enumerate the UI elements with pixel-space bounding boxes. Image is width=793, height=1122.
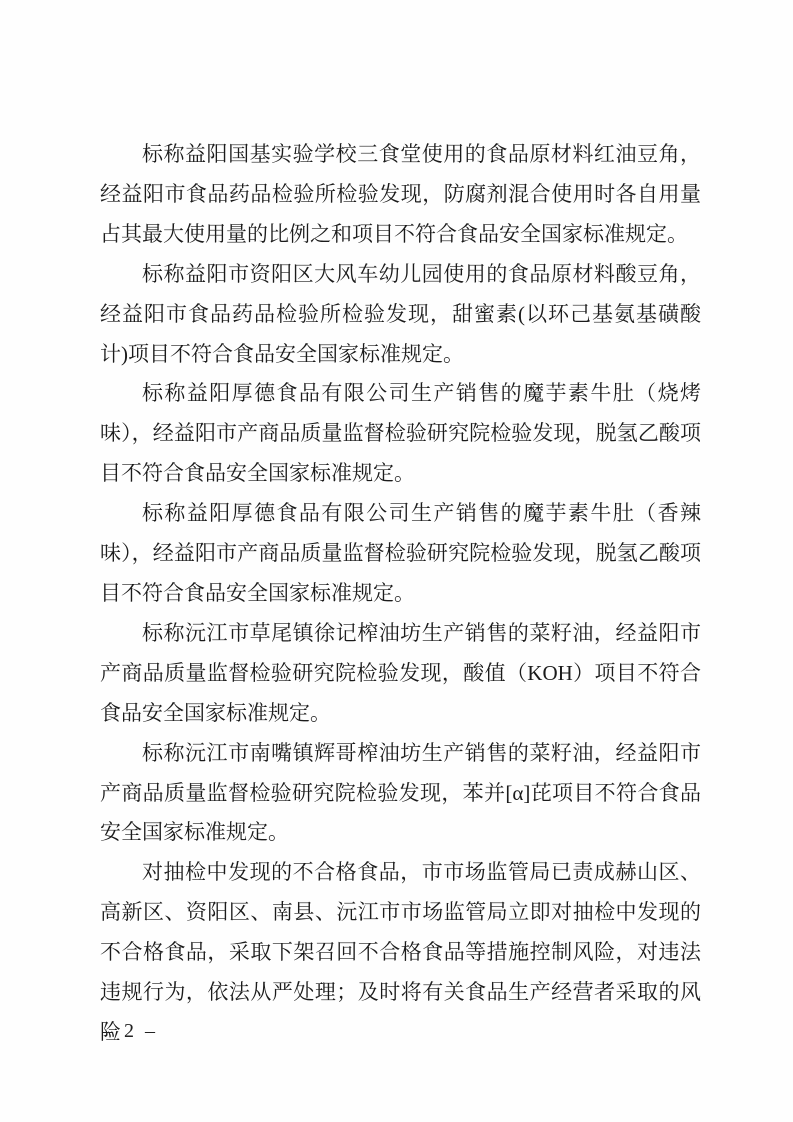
paragraph-3: 标称益阳厚德食品有限公司生产销售的魔芋素牛肚（烧烤味），经益阳市产商品质量监督检… xyxy=(100,374,701,494)
paragraph-5: 标称沅江市草尾镇徐记榨油坊生产销售的菜籽油，经益阳市产商品质量监督检验研究院检验… xyxy=(100,614,701,734)
document-body: 标称益阳国基实验学校三食堂使用的食品原材料红油豆角，经益阳市食品药品检验所检验发… xyxy=(100,135,701,1053)
page-number: – 2 – xyxy=(103,1019,158,1043)
paragraph-6: 标称沅江市南嘴镇辉哥榨油坊生产销售的菜籽油，经益阳市产商品质量监督检验研究院检验… xyxy=(100,734,701,854)
paragraph-4: 标称益阳厚德食品有限公司生产销售的魔芋素牛肚（香辣味），经益阳市产商品质量监督检… xyxy=(100,494,701,614)
paragraph-1: 标称益阳国基实验学校三食堂使用的食品原材料红油豆角，经益阳市食品药品检验所检验发… xyxy=(100,135,701,255)
paragraph-7: 对抽检中发现的不合格食品，市市场监管局已责成赫山区、高新区、资阳区、南县、沅江市… xyxy=(100,853,701,1053)
document-page: 标称益阳国基实验学校三食堂使用的食品原材料红油豆角，经益阳市食品药品检验所检验发… xyxy=(0,0,793,1122)
paragraph-2: 标称益阳市资阳区大风车幼儿园使用的食品原材料酸豆角，经益阳市食品药品检验所检验发… xyxy=(100,255,701,375)
